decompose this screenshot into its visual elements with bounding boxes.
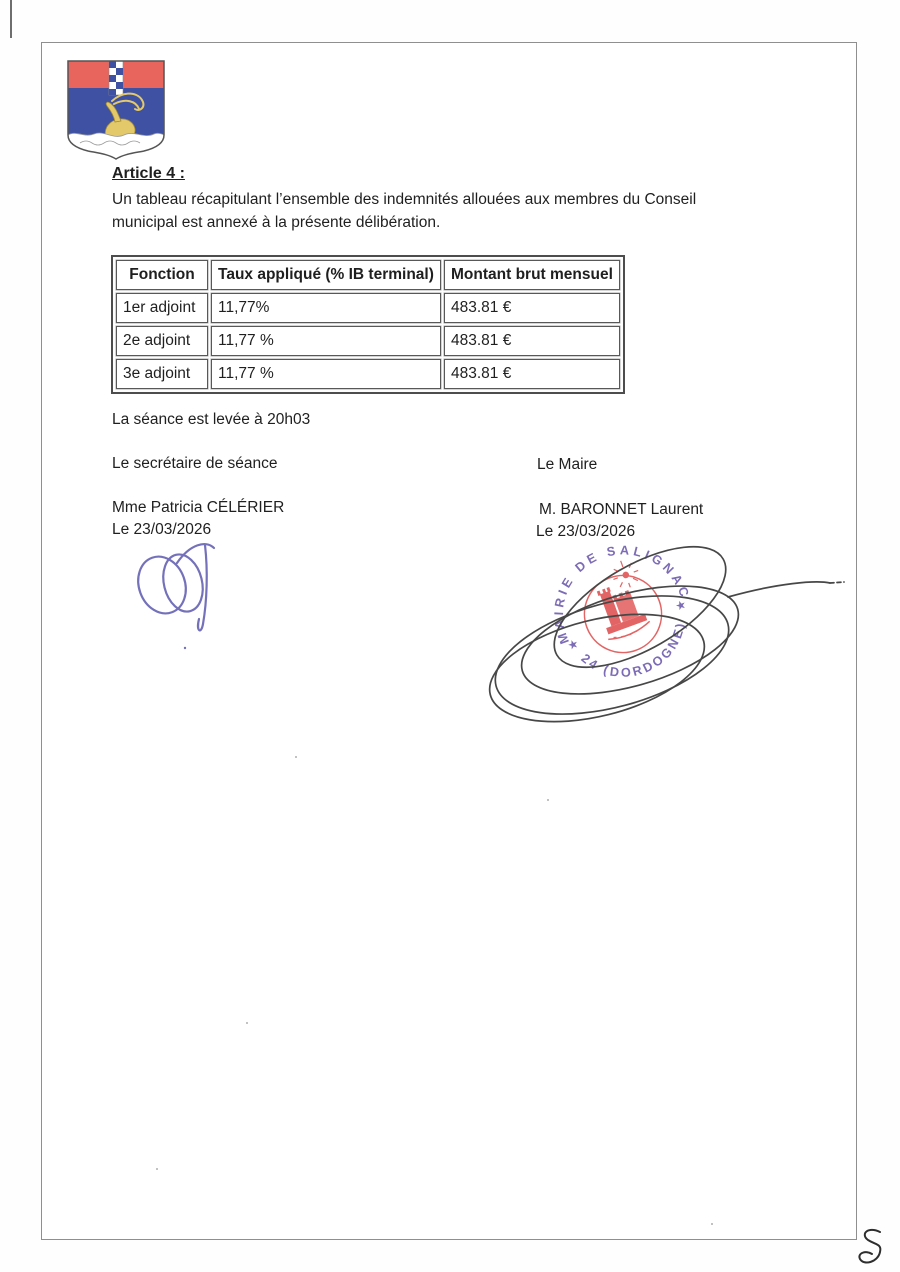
table-row: 3e adjoint 11,77 % 483.81 € xyxy=(116,359,620,389)
scan-speck xyxy=(547,799,549,801)
article-heading: Article 4 : xyxy=(112,165,185,183)
article-paragraph: Un tableau récapitulant l’ensemble des i… xyxy=(112,189,744,234)
scan-speck xyxy=(711,1223,713,1225)
scan-artifact-line xyxy=(10,0,12,38)
shield-water-base xyxy=(68,133,164,159)
cell-fonction: 2e adjoint xyxy=(116,326,208,356)
secretary-signature xyxy=(122,536,240,661)
scanned-document-page: Article 4 : Un tableau récapitulant l’en… xyxy=(0,0,900,1272)
cell-taux: 11,77 % xyxy=(211,359,441,389)
mayor-name: M. BARONNET Laurent xyxy=(539,501,703,519)
mayor-label: Le Maire xyxy=(537,456,597,474)
table-header-row: Fonction Taux appliqué (% IB terminal) M… xyxy=(116,260,620,290)
header-montant: Montant brut mensuel xyxy=(444,260,620,290)
cell-montant: 483.81 € xyxy=(444,293,620,323)
scan-speck xyxy=(156,1168,158,1170)
coat-of-arms-icon xyxy=(64,57,168,163)
indemnities-table: Fonction Taux appliqué (% IB terminal) M… xyxy=(111,255,625,394)
scan-speck xyxy=(295,756,297,758)
cell-fonction: 3e adjoint xyxy=(116,359,208,389)
table-row: 2e adjoint 11,77 % 483.81 € xyxy=(116,326,620,356)
header-taux: Taux appliqué (% IB terminal) xyxy=(211,260,441,290)
table-row: 1er adjoint 11,77% 483.81 € xyxy=(116,293,620,323)
mayor-signature xyxy=(478,533,850,738)
closing-line: La séance est levée à 20h03 xyxy=(112,411,310,429)
scan-speck xyxy=(246,1022,248,1024)
cell-taux: 11,77 % xyxy=(211,326,441,356)
cell-fonction: 1er adjoint xyxy=(116,293,208,323)
cell-taux: 11,77% xyxy=(211,293,441,323)
secretary-name: Mme Patricia CÉLÉRIER xyxy=(112,499,284,517)
page-initial-mark xyxy=(852,1226,896,1272)
header-fonction: Fonction xyxy=(116,260,208,290)
cell-montant: 483.81 € xyxy=(444,326,620,356)
secretary-label: Le secrétaire de séance xyxy=(112,455,277,473)
cell-montant: 483.81 € xyxy=(444,359,620,389)
